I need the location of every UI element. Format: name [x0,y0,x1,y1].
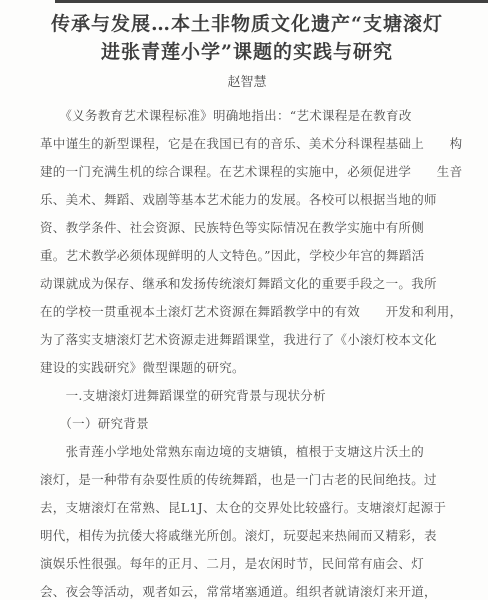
body-text: 《义务教育艺术课程标准》明确地指出：“艺术课程是在教育改 革中谨生的新型课程，它… [40,102,454,600]
doc-title-line-1: 传承与发展…本土非物质文化遗产“支塘滚灯 [40,10,454,38]
text-line: 会、夜会等活动，观者如云，常常堵塞通道。组织者就请滚灯来开道， [40,578,454,600]
text-line: 建的一门充满生机的综合课程。在艺术课程的实施中，必须促进学 生音 [40,158,454,186]
text-line: 革中谨生的新型课程，它是在我国已有的音乐、美术分科课程基础上 构 [40,130,454,158]
document-page: 传承与发展…本土非物质文化遗产“支塘滚灯 进张青莲小学”课题的实践与研究 赵智慧… [0,0,488,600]
text-line: 在的学校一贯重视本土滚灯艺术资源在舞蹈教学中的有效 开发和利用， [40,298,454,326]
subsection-heading: （一）研究背景 [40,410,454,438]
doc-title-line-2: 进张青莲小学”课题的实践与研究 [40,38,454,66]
text-line: 去，支塘滚灯在常熟、昆L1J、太仓的交界处比较盛行。支塘滚灯起源于 [40,494,454,522]
author-name: 赵智慧 [40,74,454,92]
text-line: 演娱乐性很强。每年的正月、二月，是农闲时节，民间常有庙会、灯 [40,550,454,578]
document-content: 传承与发展…本土非物质文化遗产“支塘滚灯 进张青莲小学”课题的实践与研究 赵智慧… [0,0,488,600]
doc-title: 传承与发展…本土非物质文化遗产“支塘滚灯 进张青莲小学”课题的实践与研究 [40,10,454,66]
text-line: 《义务教育艺术课程标准》明确地指出：“艺术课程是在教育改 [40,102,454,130]
text-line: 重。艺术教学必须体现鲜明的人文特色。”因此，学校少年宫的舞蹈活 [40,242,454,270]
page-top-edge [55,0,488,3]
text-line: 为了落实支塘滚灯艺术资源走进舞蹈课堂，我进行了《小滚灯校本文化 [40,326,454,354]
text-line: 资、教学条件、社会资源、民族特色等实际情况在教学实施中有所侧 [40,214,454,242]
text-line: 张青莲小学地处常熟东南边境的支塘镇，植根于支塘这片沃土的 [40,438,454,466]
text-line: 乐、美术、舞蹈、戏剧等基本艺术能力的发展。各校可以根据当地的师 [40,186,454,214]
text-line: 建设的实践研究》微型课题的研究。 [40,354,454,382]
text-line: 滚灯，是一种带有杂耍性质的传统舞蹈，也是一门古老的民间绝技。过 [40,466,454,494]
section-heading: 一.支塘滚灯进舞蹈课堂的研究背景与现状分析 [40,382,454,410]
text-line: 动课就成为保存、继承和发扬传统滚灯舞蹈文化的重要手段之一。我所 [40,270,454,298]
text-line: 明代，相传为抗倭大将戚继光所创。滚灯，玩耍起来热闹而又精彩，表 [40,522,454,550]
